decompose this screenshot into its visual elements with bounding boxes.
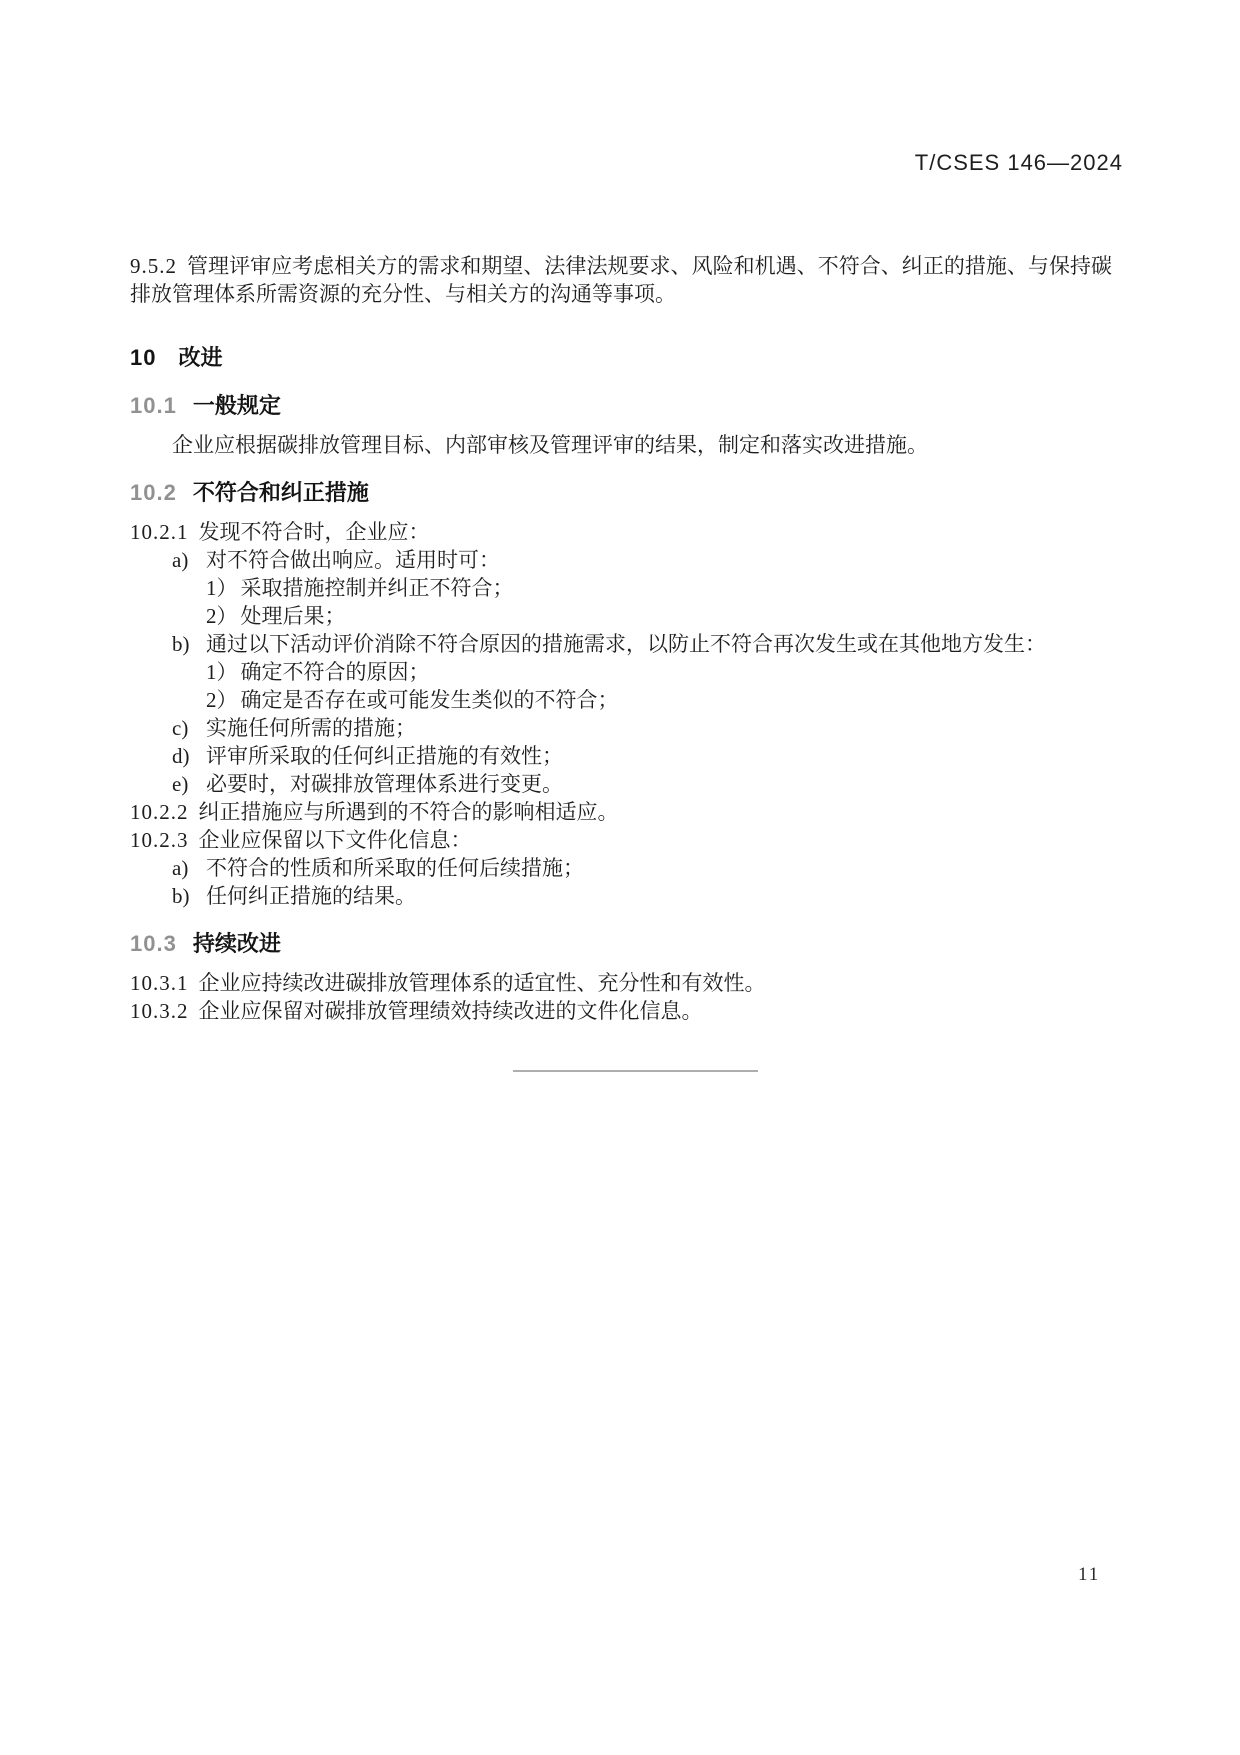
list-item-number: 2）处理后果； — [130, 602, 1112, 630]
list-item-letter: b)任何纠正措施的结果。 — [130, 882, 1112, 910]
clause-text: 企业应保留对碳排放管理绩效持续改进的文件化信息。 — [199, 999, 703, 1023]
clause-number: a) — [172, 854, 206, 882]
document-body: 9.5.2管理评审应考虑相关方的需求和期望、法律法规要求、风险和机遇、不符合、纠… — [130, 252, 1112, 1025]
clause-text: 对不符合做出响应。适用时可： — [206, 548, 500, 572]
clause-number: 2） — [206, 604, 238, 628]
clause-paragraph: 10.2.1发现不符合时，企业应： — [130, 518, 1112, 546]
body-paragraph: 企业应根据碳排放管理目标、内部审核及管理评审的结果，制定和落实改进措施。 — [130, 431, 1112, 459]
clause-text: 采取措施控制并纠正不符合； — [241, 576, 514, 600]
clause-number: 10 — [130, 345, 156, 370]
section-heading: 10.2不符合和纠正措施 — [130, 479, 1112, 507]
clause-text: 确定不符合的原因； — [241, 660, 430, 684]
clause-text: 发现不符合时，企业应： — [199, 520, 430, 544]
section-heading: 10.3持续改进 — [130, 930, 1112, 958]
section-end-divider — [513, 1070, 758, 1072]
clause-number: b) — [172, 882, 206, 910]
list-item-letter: c)实施任何所需的措施； — [130, 714, 1112, 742]
clause-number: 10.2 — [130, 480, 177, 505]
clause-text: 一般规定 — [193, 393, 281, 418]
clause-paragraph: 10.2.3企业应保留以下文件化信息： — [130, 826, 1112, 854]
clause-number: e) — [172, 770, 206, 798]
document-code-header: T/CSES 146—2024 — [915, 150, 1123, 176]
clause-number: d) — [172, 742, 206, 770]
clause-text: 企业应持续改进碳排放管理体系的适宜性、充分性和有效性。 — [199, 971, 766, 995]
clause-number: b) — [172, 630, 206, 658]
clause-number: 2） — [206, 688, 238, 712]
clause-paragraph: 10.3.2企业应保留对碳排放管理绩效持续改进的文件化信息。 — [130, 997, 1112, 1025]
list-item-letter: a)不符合的性质和所采取的任何后续措施； — [130, 854, 1112, 882]
clause-text: 通过以下活动评价消除不符合原因的措施需求，以防止不符合再次发生或在其他地方发生： — [206, 632, 1046, 656]
clause-paragraph: 10.3.1企业应持续改进碳排放管理体系的适宜性、充分性和有效性。 — [130, 969, 1112, 997]
clause-number: 10.3.2 — [130, 999, 189, 1023]
clause-number: 10.2.3 — [130, 828, 189, 852]
clause-number: 10.3.1 — [130, 971, 189, 995]
clause-number: 10.2.1 — [130, 520, 189, 544]
clause-number: 1） — [206, 660, 238, 684]
clause-text: 不符合和纠正措施 — [193, 480, 369, 505]
clause-text: 企业应保留以下文件化信息： — [199, 828, 472, 852]
document-page: T/CSES 146—2024 9.5.2管理评审应考虑相关方的需求和期望、法律… — [0, 0, 1240, 1755]
clause-paragraph: 9.5.2管理评审应考虑相关方的需求和期望、法律法规要求、风险和机遇、不符合、纠… — [130, 252, 1112, 308]
clause-number: 10.1 — [130, 393, 177, 418]
clause-text: 任何纠正措施的结果。 — [206, 884, 416, 908]
clause-number: 1） — [206, 576, 238, 600]
list-item-number: 1）确定不符合的原因； — [130, 658, 1112, 686]
clause-text: 改进 — [178, 345, 222, 370]
clause-text: 纠正措施应与所遇到的不符合的影响相适应。 — [199, 800, 619, 824]
clause-text: 管理评审应考虑相关方的需求和期望、法律法规要求、风险和机遇、不符合、纠正的措施、… — [130, 254, 1112, 306]
clause-text: 评审所采取的任何纠正措施的有效性； — [206, 744, 563, 768]
list-item-letter: e)必要时，对碳排放管理体系进行变更。 — [130, 770, 1112, 798]
clause-number: 9.5.2 — [130, 254, 177, 278]
list-item-number: 2）确定是否存在或可能发生类似的不符合； — [130, 686, 1112, 714]
section-heading: 10.1一般规定 — [130, 392, 1112, 420]
clause-text: 不符合的性质和所采取的任何后续措施； — [206, 856, 584, 880]
list-item-letter: a)对不符合做出响应。适用时可： — [130, 546, 1112, 574]
clause-number: 10.3 — [130, 931, 177, 956]
clause-number: a) — [172, 546, 206, 574]
clause-number: c) — [172, 714, 206, 742]
clause-text: 必要时，对碳排放管理体系进行变更。 — [206, 772, 563, 796]
clause-paragraph: 10.2.2纠正措施应与所遇到的不符合的影响相适应。 — [130, 798, 1112, 826]
list-item-number: 1）采取措施控制并纠正不符合； — [130, 574, 1112, 602]
clause-text: 实施任何所需的措施； — [206, 716, 416, 740]
clause-text: 持续改进 — [193, 931, 281, 956]
clause-number: 10.2.2 — [130, 800, 189, 824]
page-number: 11 — [1078, 1564, 1100, 1586]
chapter-heading: 10改进 — [130, 344, 1112, 372]
clause-text: 确定是否存在或可能发生类似的不符合； — [241, 688, 619, 712]
clause-text: 企业应根据碳排放管理目标、内部审核及管理评审的结果，制定和落实改进措施。 — [172, 433, 928, 457]
list-item-letter: d)评审所采取的任何纠正措施的有效性； — [130, 742, 1112, 770]
list-item-letter: b)通过以下活动评价消除不符合原因的措施需求，以防止不符合再次发生或在其他地方发… — [130, 630, 1112, 658]
clause-text: 处理后果； — [241, 604, 346, 628]
